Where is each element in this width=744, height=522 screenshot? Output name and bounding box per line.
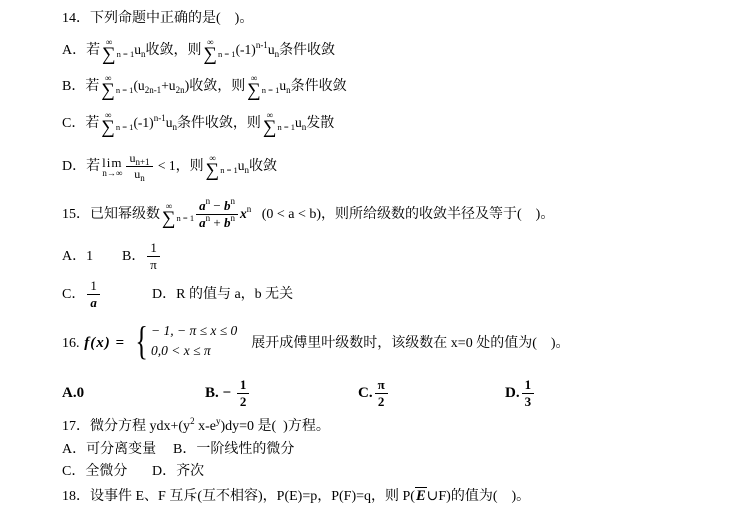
q15-option-c: C．1a [62,275,152,315]
plus-u: +u [161,78,175,93]
q14-a-label: A．若 [62,43,100,58]
sigma-symbol: ∑ [101,83,115,99]
fraction-denominator: 2 [378,394,385,409]
fraction-numerator: 1 [147,241,160,257]
text-cond-converges-then: 条件收敛，则 [177,116,261,131]
summation-symbol: ∞∑ [101,111,115,136]
text-then: ，则 [176,159,204,174]
fraction-one-over-a: 1a [87,279,100,311]
case-rows: − 1, − π ≤ x ≤ 00,0 < x ≤ π [151,321,237,362]
sigma-symbol: ∑ [263,120,277,136]
alternating-term: (-1)n-1un [236,42,280,57]
q16-c-label: C. [358,385,373,401]
fraction-one-half: 12 [237,378,250,410]
u-symbol: u [268,42,275,57]
q15-b-label: B． [122,249,145,264]
summation-symbol: ∞∑ [203,38,217,63]
question-16-title: 16. f(x) = {− 1, − π ≤ x ≤ 00,0 < x ≤ π … [62,315,734,372]
minus-sign: − [210,198,224,213]
series-term-un: un [134,42,145,57]
sum-lower-limit: n = 1 [117,49,135,59]
plus-sign: + [210,215,224,230]
u-symbol: u [238,158,245,173]
sum-lower-limit: n = 1 [277,122,295,132]
q14-option-d: D．若limn→∞un+1un < 1，则∞∑n = 1un收敛 [62,142,734,189]
q16-d-label: D. [505,385,520,401]
q18-stem-pre: 18．设事件 E、F 互斥(互不相容)，P(E)=p，P(F)=q，则 P( [62,489,415,504]
fraction-numerator: 1 [87,279,100,295]
q16-options: A.0B. − 12C.π2D.13 [62,372,734,414]
fraction-pi-over-2: π2 [375,378,388,410]
subscript-n-plus-1: n+1 [135,157,149,167]
q17-options-cd: C．全微分D．齐次 [62,461,734,483]
pow-base: (-1) [236,42,256,57]
pow-exponent: n-1 [154,113,166,123]
q14-option-b: B．若∞∑n = 1(u2n-1+u2n)收敛，则∞∑n = 1un条件收敛 [62,68,734,104]
open-paren-u: (u [133,78,144,93]
sigma-symbol: ∑ [101,120,115,136]
sum-lower-limit: n = 1 [177,213,195,223]
sum-lower-limit: n = 1 [218,49,236,59]
pow-exponent: n-1 [256,40,268,50]
grouped-terms: (u2n-1+u2n [133,78,184,93]
exam-page: 14．下列命题中正确的是( )。 A．若∞∑n = 1un收敛，则∞∑n = 1… [0,0,744,522]
fraction-denominator: un [134,167,145,181]
text-cond-converges: 条件收敛 [291,79,347,94]
x-symbol: x [240,206,247,221]
sigma-symbol: ∑ [203,47,217,63]
case-row-1: − 1, − π ≤ x ≤ 0 [151,321,237,341]
power-series-fraction: an − bnan + bn [196,199,238,231]
q14-option-a: A．若∞∑n = 1un收敛，则∞∑n = 1(-1)n-1un条件收敛 [62,32,734,68]
summation-symbol: ∞∑ [263,111,277,136]
summation-symbol: ∞∑ [102,38,116,63]
u-symbol: u [295,115,302,130]
q15-stem: 15．已知幂级数 [62,207,160,222]
ratio-fraction: un+1un [126,152,152,181]
q15-option-a: A．1 [62,239,122,275]
piecewise-cases: {− 1, − π ≤ x ≤ 00,0 < x ≤ π [130,321,238,362]
summation-symbol: ∞∑ [206,154,220,179]
q18-stem-post: ∪F)的值为( )。 [427,489,531,504]
text-converges-then: 收敛，则 [145,43,201,58]
question-17-title: 17．微分方程 ydx+(y2 x-ey)dy=0 是( )方程。 [62,414,734,439]
lim-subscript: n→∞ [102,169,122,178]
q14-b-label: B．若 [62,79,99,94]
sigma-symbol: ∑ [162,211,176,227]
q15-condition-text: (0 < a < b)，则所给级数的收敛半径及等于( )。 [251,207,554,222]
subscript-2n: 2n [176,85,185,95]
q14-c-label: C．若 [62,116,99,131]
function-fx: f(x) = [80,335,130,351]
fraction-numerator: un+1 [126,152,152,167]
fraction-numerator: 1 [522,378,535,394]
q16-b-label: B. − [205,385,235,401]
q16-option-a: A.0 [62,372,205,414]
q17-stem-mid: x-e [195,419,216,434]
question-18-title: 18．设事件 E、F 互斥(互不相容)，P(E)=p，P(F)=q，则 P(E∪… [62,483,734,510]
q17-option-c: C．全微分 [62,461,152,483]
q15-c-label: C． [62,287,85,302]
q17-option-b: B．一阶线性的微分 [173,439,294,461]
sigma-symbol: ∑ [102,47,116,63]
sum-lower-limit: n = 1 [116,122,134,132]
q16-option-b: B. − 12 [205,372,358,414]
subscript-n: n [140,173,145,183]
limit-block: limn→∞ [102,156,122,178]
exponent-n: n [230,196,235,206]
q15-option-b: B．1π [122,239,162,275]
q14-d-label: D．若 [62,159,100,174]
less-than-one: < 1 [155,158,176,173]
fraction-denominator: 2 [240,394,247,409]
alternating-term: (-1)n-1un [133,115,177,130]
series-term-un: un [279,78,290,93]
sum-lower-limit: n = 1 [262,85,280,95]
left-brace: { [135,323,147,359]
sum-lower-limit: n = 1 [220,165,238,175]
summation-symbol: ∞∑ [247,74,261,99]
q17-option-d: D．齐次 [152,461,204,483]
summation-symbol: ∞∑ [101,74,115,99]
q15-options-cd: C．1aD．R 的值与 a，b 无关 [62,275,734,315]
fraction-denominator: π [150,257,157,272]
series-term-un: un [238,158,249,173]
x-power-term: xn [240,206,251,221]
q14-option-c: C．若∞∑n = 1(-1)n-1un条件收敛，则∞∑n = 1un发散 [62,104,734,142]
series-term-un: un [295,115,306,130]
summation-symbol: ∞∑ [162,202,176,227]
exponent-n: n [230,213,235,223]
fraction-one-third: 13 [522,378,535,410]
text-converges-then: )收敛，则 [185,79,246,94]
q16-option-d: D.13 [505,372,536,414]
subscript-2n-1: 2n-1 [145,85,162,95]
q15-option-d: D．R 的值与 a，b 无关 [152,275,293,315]
lim-symbol: lim [102,156,122,169]
q17-options-ab: A．可分离变量B．一阶线性的微分 [62,439,734,461]
q16-question-text: 展开成傅里叶级数时，该级数在 x=0 处的值为( )。 [237,336,569,351]
sigma-symbol: ∑ [247,83,261,99]
sum-lower-limit: n = 1 [116,85,134,95]
q16-option-c: C.π2 [358,372,505,414]
question-14-title: 14．下列命题中正确的是( )。 [62,6,734,32]
text-diverges: 发散 [306,116,334,131]
fraction-numerator: 1 [237,378,250,394]
question-15-title: 15．已知幂级数∞∑n = 1an − bnan + bnxn (0 < a <… [62,189,734,239]
text-converges: 收敛 [249,159,277,174]
fraction-numerator: π [375,378,388,394]
q16-number: 16. [62,336,80,351]
q17-option-a: A．可分离变量 [62,439,173,461]
e-complement-overline: E [415,487,427,504]
sigma-symbol: ∑ [206,163,220,179]
fraction-denominator: 3 [525,394,532,409]
q17-stem-post: )dy=0 是( )方程。 [220,419,329,434]
pow-base: (-1) [133,115,153,130]
text-cond-converges: 条件收敛 [279,43,335,58]
q17-stem-pre: 17．微分方程 ydx+(y [62,419,190,434]
fraction-one-over-pi: 1π [147,241,160,273]
case-row-2: 0,0 < x ≤ π [151,341,211,361]
fraction-denominator: a [90,295,97,310]
q15-options-ab: A．1B．1π [62,239,734,275]
fraction-denominator: an + bn [199,215,235,230]
u-symbol: u [134,42,141,57]
